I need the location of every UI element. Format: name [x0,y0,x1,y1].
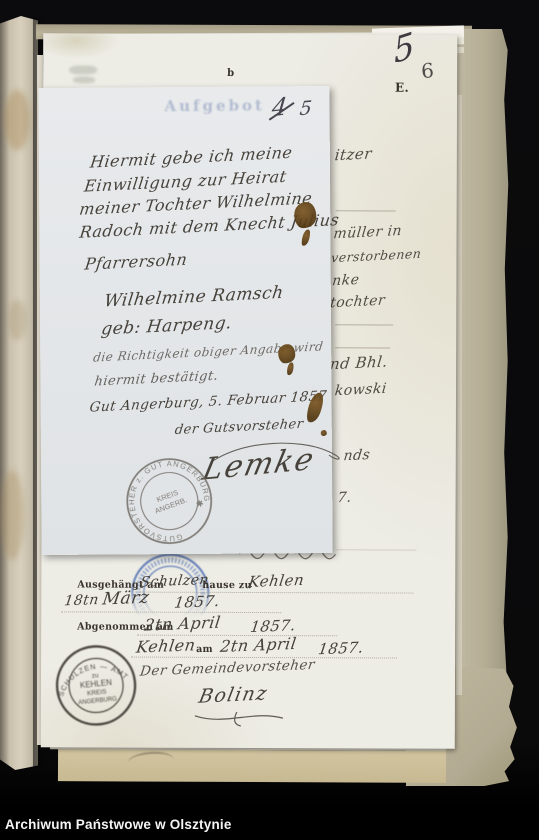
handwriting-line: nke [331,272,360,289]
handwriting-line: nds [343,447,371,464]
corner-number-pencil: 6 [420,58,434,83]
handwriting-line: müller in [333,223,403,242]
form-place-date-place: Kehlen [135,635,197,656]
corner-number-ink: 5 [392,25,416,73]
handwriting-line: Pfarrersohn [84,250,189,274]
ink-blot [278,344,295,363]
consent-letter: Aufgebot 4 5 Hiermit gebe ich meine Einw… [38,86,332,555]
form-posted-day: 18tn [63,592,100,609]
archive-caption: Archiwum Państwowe w Olsztynie [5,817,232,832]
svg-text:KEHLEN: KEHLEN [80,678,113,690]
form-rule [335,347,390,348]
form-removed-date: 2tn April [143,613,222,635]
pencil-smudge [73,76,95,83]
form-posted-year: 1857. [173,592,221,612]
form-removed-year: 1857. [249,616,297,636]
page-stain [8,300,26,340]
handwriting-line: itzer [334,144,373,164]
lower-tan-document [58,749,446,783]
form-place-date: 2tn April [219,634,298,656]
handwriting-line: tochter [329,292,386,311]
archive-scan-photo: 5 6 E. b itzer müller in verstorbenen nk… [0,0,539,840]
handwriting-dateline: Gut Angerburg, 5. Februar 1857 [89,388,328,416]
form-rule [336,210,396,211]
form-place-fill: Kehlen [247,571,305,591]
small-b-mark: b [227,68,234,80]
showthrough-title: Aufgebot [164,96,265,115]
schulzen-amt-stamp: SCHULZEN — AMT zu KEHLEN KREIS ANGERBURG [49,637,143,731]
form-rule [336,549,416,550]
handwriting-name: geb: Harpeng. [100,313,233,340]
ink-blot [300,229,311,247]
form-house-label: hause zu [202,580,251,592]
corner-letter-mark: E. [395,80,409,95]
page-number: 5 [299,97,314,120]
form-official-title: Der Gemeindevorsteher [139,657,316,680]
form-signature: Bolinz [197,682,270,708]
form-fill-line [61,610,281,613]
handwriting-line: nd Bhl. [329,352,389,373]
form-rule [335,324,393,325]
page-stain [4,90,30,150]
handwriting-line: kowski [334,381,388,400]
handwriting-signer-title: der Gutsvorsteher [174,417,305,438]
form-posted-month: März [101,588,150,610]
ink-blot [321,430,327,436]
handwriting-line: verstorbenen [330,246,422,266]
ink-blot [294,202,316,228]
page-stain [0,470,24,560]
ink-blot [286,362,294,376]
sheet-edge [456,95,462,695]
signature-flourish [191,710,291,728]
form-am-label: am [196,644,213,656]
svg-text:ANGERBURG: ANGERBURG [78,696,117,706]
form-place-year: 1857. [317,638,365,658]
handwriting-name: Wilhelmine Ramsch [103,283,285,312]
pencil-smudge [69,65,97,74]
handwriting-line: hiermit bestätigt. [93,368,219,389]
handwriting-line: 7. [337,490,353,507]
svg-text:KREIS: KREIS [87,688,108,697]
